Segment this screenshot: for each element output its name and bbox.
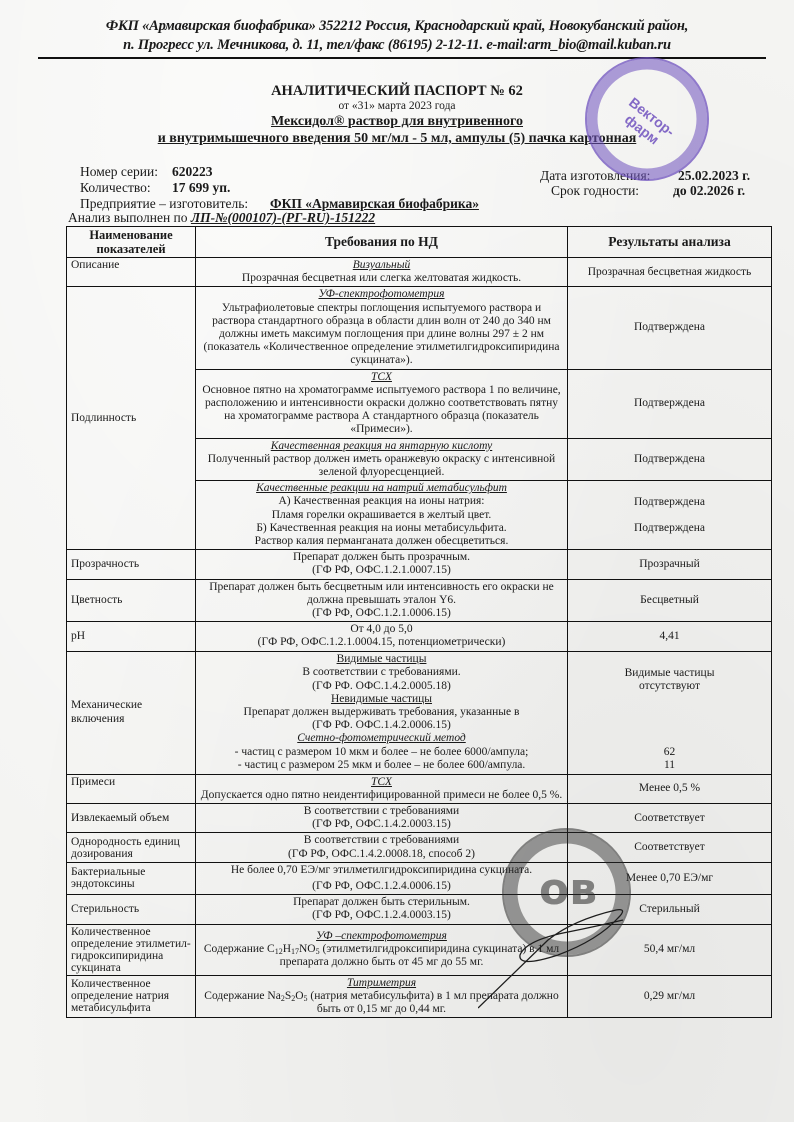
row-name: pH: [67, 622, 196, 651]
row-requirement: Качественная реакция на янтарную кислоту…: [196, 438, 568, 481]
header-indicator: Наименование показателей: [67, 227, 196, 258]
row-result: Соответствует: [568, 803, 772, 832]
row-result: Подтверждена Подтверждена: [568, 481, 772, 550]
row-requirement: Титриметрия Содержание Na2S2O5 (натрия м…: [196, 975, 568, 1018]
product-name-line-1: Мексидол® раствор для внутривенного: [0, 114, 794, 130]
header-requirements: Требования по НД: [196, 227, 568, 258]
requirement-text: Прозрачная бесцветная или слегка желтова…: [200, 272, 563, 285]
requirement-text: Ультрафиолетовые спектры поглощения испы…: [200, 302, 563, 368]
row-name: Извлекаемый объем: [67, 803, 196, 832]
row-requirement: В соответствии с требованиями (ГФ РФ, ОФ…: [196, 833, 568, 862]
requirement-text: Основное пятно на хроматограмме испытуем…: [200, 384, 563, 437]
requirement-reference: (ГФ РФ, ОФС.1.4.2.0003.15): [200, 818, 563, 831]
requirement-text: Не более 0,70 ЕЭ/мг этилметилгидроксипир…: [200, 864, 563, 877]
subheading: Видимые частицы: [200, 653, 563, 666]
row-requirement: Препарат должен быть стерильным. (ГФ РФ,…: [196, 895, 568, 924]
mfg-date-label: Дата изготовления:: [540, 168, 650, 183]
row-name: Прозрачность: [67, 550, 196, 579]
requirement-reference: (ГФ РФ, ОФС.1.2.4.0003.15): [200, 909, 563, 922]
row-result: Подтверждена: [568, 287, 772, 369]
row-result: Подтверждена: [568, 438, 772, 481]
requirement-text: А) Качественная реакция на ионы натрия:: [200, 495, 563, 508]
row-result: Видимые частицы отсутствуют 62 11: [568, 651, 772, 774]
analysis-standard: Анализ выполнен по ЛП-№(000107)-(РГ-RU)-…: [68, 210, 375, 226]
table-row-ph: pH От 4,0 до 5,0 (ГФ РФ, ОФС.1.2.1.0004.…: [67, 622, 772, 651]
table-row-assay-emhps: Количественное определение этилметил-гид…: [67, 924, 772, 975]
table-row-assay-metabisulfite: Количественное определение натрия метаби…: [67, 975, 772, 1018]
requirement-reference: (ГФ РФ, ОФС.1.2.1.0006.15): [200, 607, 563, 620]
method-label: Титриметрия: [200, 977, 563, 990]
row-result: 50,4 мг/мл: [568, 924, 772, 975]
document-title: АНАЛИТИЧЕСКИЙ ПАСПОРТ № 62: [0, 83, 794, 100]
subheading: Невидимые частицы: [200, 693, 563, 706]
row-requirement: От 4,0 до 5,0 (ГФ РФ, ОФС.1.2.1.0004.15,…: [196, 622, 568, 651]
row-name: Количественное определение этилметил-гид…: [67, 924, 196, 975]
row-requirement: Качественные реакции на натрий метабисул…: [196, 481, 568, 550]
result-sodium: Подтверждена: [572, 496, 767, 509]
expiry-value: до 02.2026 г.: [673, 183, 745, 199]
document-date: от «31» марта 2023 года: [0, 100, 794, 112]
quantity: Количество: 17 699 уп.: [80, 180, 151, 196]
row-name: Механические включения: [67, 651, 196, 774]
requirement-text: В соответствии с требованиями: [200, 834, 563, 847]
requirement-text: Раствор калия перманганата должен обесцв…: [200, 535, 563, 548]
row-name: Стерильность: [67, 895, 196, 924]
requirement-reference: (ГФ РФ, ОФС.1.4.2.0008.18, способ 2): [200, 848, 563, 861]
table-row-particles: Механические включения Видимые частицы В…: [67, 651, 772, 774]
requirement-text: В соответствии с требованиями: [200, 805, 563, 818]
analysis-table: Наименование показателей Требования по Н…: [66, 226, 772, 1018]
requirement-text: Пламя горелки окрашивается в желтый цвет…: [200, 509, 563, 522]
quantity-label: Количество:: [80, 180, 151, 195]
table-row-extractable-volume: Извлекаемый объем В соответствии с требо…: [67, 803, 772, 832]
product-name-line-2: и внутримышечного введения 50 мг/мл - 5 …: [0, 131, 794, 147]
requirement-text: Содержание C12H17NO5 (этилметилгидроксип…: [200, 943, 563, 969]
row-result: 0,29 мг/мл: [568, 975, 772, 1018]
row-requirement: ТСХ Основное пятно на хроматограмме испы…: [196, 369, 568, 438]
analysis-value: ЛП-№(000107)-(РГ-RU)-151222: [191, 210, 375, 225]
row-requirement: Не более 0,70 ЕЭ/мг этилметилгидроксипир…: [196, 862, 568, 894]
row-result: Менее 0,70 ЕЭ/мг: [568, 862, 772, 894]
table-row-transparency: Прозрачность Препарат должен быть прозра…: [67, 550, 772, 579]
expiry-label: Срок годности:: [551, 183, 639, 198]
table-row-color: Цветность Препарат должен быть бесцветны…: [67, 579, 772, 622]
table-row-uniformity: Однородность единиц дозирования В соотве…: [67, 833, 772, 862]
method-label: Визуальный: [200, 259, 563, 272]
batch-value: 620223: [172, 164, 213, 180]
requirement-reference: (ГФ РФ, ОФС.1.2.1.0007.15): [200, 564, 563, 577]
table-row-identity-uv: Подлинность УФ-спектрофотометрия Ультраф…: [67, 287, 772, 369]
requirement-text: Препарат должен выдерживать требования, …: [200, 706, 563, 719]
requirement-text: Препарат должен быть бесцветным или инте…: [200, 581, 563, 607]
requirement-text: Допускается одно пятно неидентифицирован…: [200, 789, 563, 802]
expiry-date: Срок годности: до 02.2026 г.: [551, 183, 639, 199]
quantity-value: 17 699 уп.: [172, 180, 230, 196]
row-result: 4,41: [568, 622, 772, 651]
requirement-text: Содержание Na2S2O5 (натрия метабисульфит…: [200, 990, 563, 1016]
header-results: Результаты анализа: [568, 227, 772, 258]
letterhead-line-1: ФКП «Армавирская биофабрика» 352212 Росс…: [0, 18, 794, 35]
manufacture-date: Дата изготовления: 25.02.2023 г.: [540, 168, 650, 184]
row-name: Бактериальные эндотоксины: [67, 862, 196, 894]
batch-label: Номер серии:: [80, 164, 158, 179]
row-name: Примеси: [67, 774, 196, 803]
row-result: Подтверждена: [568, 369, 772, 438]
requirement-text: Б) Качественная реакция на ионы метабису…: [200, 522, 563, 535]
batch-number: Номер серии: 620223: [80, 164, 158, 180]
requirement-text: В соответствии с требованиями.: [200, 666, 563, 679]
requirement-text: Полученный раствор должен иметь оранжеву…: [200, 453, 563, 479]
method-label: Счетно-фотометрический метод: [200, 732, 563, 745]
method-label: ТСХ: [200, 371, 563, 384]
row-requirement: УФ-спектрофотометрия Ультрафиолетовые сп…: [196, 287, 568, 369]
method-label: УФ-спектрофотометрия: [200, 288, 563, 301]
result-25um: 11: [572, 759, 767, 772]
result-10um: 62: [572, 746, 767, 759]
row-requirement: Видимые частицы В соответствии с требова…: [196, 651, 568, 774]
row-name: Подлинность: [67, 287, 196, 550]
row-result: Менее 0,5 %: [568, 774, 772, 803]
row-requirement: Визуальный Прозрачная бесцветная или сле…: [196, 258, 568, 287]
row-result: Бесцветный: [568, 579, 772, 622]
requirement-text: Препарат должен быть стерильным.: [200, 896, 563, 909]
row-requirement: УФ –спектрофотометрия Содержание C12H17N…: [196, 924, 568, 975]
requirement-text: От 4,0 до 5,0: [200, 623, 563, 636]
requirement-reference: (ГФ РФ, ОФС.1.2.1.0004.15, потенциометри…: [200, 636, 563, 649]
requirement-text: - частиц с размером 25 мкм и более – не …: [200, 759, 563, 772]
table-header-row: Наименование показателей Требования по Н…: [67, 227, 772, 258]
row-result: Прозрачный: [568, 550, 772, 579]
row-result: Стерильный: [568, 895, 772, 924]
requirement-text: - частиц с размером 10 мкм и более – не …: [200, 746, 563, 759]
row-name: Количественное определение натрия метаби…: [67, 975, 196, 1018]
row-requirement: Препарат должен быть прозрачным. (ГФ РФ,…: [196, 550, 568, 579]
result-visible: Видимые частицы отсутствуют: [625, 667, 715, 693]
analysis-label: Анализ выполнен по: [68, 210, 188, 225]
row-requirement: В соответствии с требованиями (ГФ РФ, ОФ…: [196, 803, 568, 832]
table-row-sterility: Стерильность Препарат должен быть стерил…: [67, 895, 772, 924]
row-requirement: ТСХ Допускается одно пятно неидентифицир…: [196, 774, 568, 803]
table-row-impurities: Примеси ТСХ Допускается одно пятно неиде…: [67, 774, 772, 803]
row-result: Прозрачная бесцветная жидкость: [568, 258, 772, 287]
table-row-description: Описание Визуальный Прозрачная бесцветна…: [67, 258, 772, 287]
method-label: Качественные реакции на натрий метабисул…: [200, 482, 563, 495]
requirement-text: Препарат должен быть прозрачным.: [200, 551, 563, 564]
requirement-reference: (ГФ РФ, ОФС.1.2.4.0006.15): [200, 880, 563, 893]
method-label: Качественная реакция на янтарную кислоту: [200, 440, 563, 453]
mfg-date-value: 25.02.2023 г.: [678, 168, 750, 184]
row-name: Описание: [67, 258, 196, 287]
requirement-reference: (ГФ РФ. ОФС.1.4.2.0005.18): [200, 680, 563, 693]
row-result: Соответствует: [568, 833, 772, 862]
row-requirement: Препарат должен быть бесцветным или инте…: [196, 579, 568, 622]
method-label: УФ –спектрофотометрия: [200, 930, 563, 943]
method-label: ТСХ: [200, 776, 563, 789]
requirement-reference: (ГФ РФ. ОФС.1.4.2.0006.15): [200, 719, 563, 732]
letterhead-line-2: п. Прогресс ул. Мечникова, д. 11, тел/фа…: [0, 37, 794, 54]
letterhead-divider: [38, 57, 766, 59]
row-name: Цветность: [67, 579, 196, 622]
table-row-endotoxins: Бактериальные эндотоксины Не более 0,70 …: [67, 862, 772, 894]
manufacturer-label: Предприятие – изготовитель:: [80, 196, 248, 211]
row-name: Однородность единиц дозирования: [67, 833, 196, 862]
result-metabisulfite: Подтверждена: [572, 522, 767, 535]
